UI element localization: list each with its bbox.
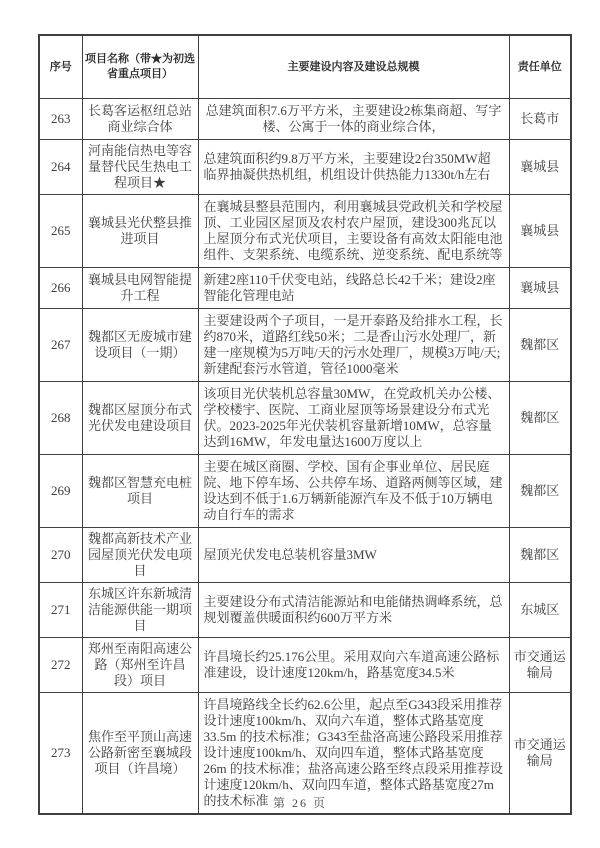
table-row: 270 魏都高新技术产业园屋顶光伏发电项目 屋顶光伏发电总装机容量3MW 魏都区 xyxy=(39,528,571,583)
table-row: 267 魏都区无废城市建设项目（一期） 主要建设两个子项目，一是开泰路及给排水工… xyxy=(39,309,571,382)
header-project-name: 项目名称（带★为初选省重点项目） xyxy=(82,35,198,99)
serial-number-cell: 263 xyxy=(39,99,82,140)
project-name-cell: 襄城县电网智能提升工程 xyxy=(82,268,198,309)
serial-number-cell: 269 xyxy=(39,455,82,528)
table-row: 264 河南能信热电等容量替代民生热电工程项目★ 总建筑面积约9.8万平方米，主… xyxy=(39,140,571,195)
project-name-cell: 郑州至南阳高速公路（郑州至许昌段）项目 xyxy=(82,638,198,693)
content-cell: 主要在城区商圈、学校、国有企事业单位、居民庭院、地下停车场、公共停车场、道路两侧… xyxy=(198,455,509,528)
content-cell: 屋顶光伏发电总装机容量3MW xyxy=(198,528,509,583)
table-row: 263 长葛客运枢纽总站商业综合体 总建筑面积7.6万平方米，主要建设2栋集商超… xyxy=(39,99,571,140)
unit-cell: 长葛市 xyxy=(509,99,571,140)
project-name-cell: 襄城县光伏整县推进项目 xyxy=(82,195,198,268)
table-row: 266 襄城县电网智能提升工程 新建2座110千伏变电站，线路总长42千米；建设… xyxy=(39,268,571,309)
unit-cell: 襄城县 xyxy=(509,195,571,268)
serial-number-cell: 266 xyxy=(39,268,82,309)
unit-cell: 市交通运输局 xyxy=(509,638,571,693)
content-cell: 主要建设两个子项目，一是开泰路及给排水工程，长约870米，道路红线50米；二是香… xyxy=(198,309,509,382)
header-serial-number: 序号 xyxy=(39,35,82,99)
document-page: 序号 项目名称（带★为初选省重点项目） 主要建设内容及建设总规模 责任单位 26… xyxy=(0,0,600,848)
table-header-row: 序号 项目名称（带★为初选省重点项目） 主要建设内容及建设总规模 责任单位 xyxy=(39,35,571,99)
content-cell: 许昌境长约25.176公里。采用双向六车道高速公路标准建设，设计速度120km/… xyxy=(198,638,509,693)
table-row: 272 郑州至南阳高速公路（郑州至许昌段）项目 许昌境长约25.176公里。采用… xyxy=(39,638,571,693)
project-name-cell: 东城区许东新城清洁能源供能一期项目 xyxy=(82,583,198,638)
unit-cell: 魏都区 xyxy=(509,455,571,528)
content-cell: 在襄城县整县范围内，利用襄城县党政机关和学校屋顶、工业园区屋顶及农村农户屋顶，建… xyxy=(198,195,509,268)
unit-cell: 魏都区 xyxy=(509,528,571,583)
content-cell: 总建筑面积约9.8万平方米，主要建设2台350MW超临界抽凝供热机组，机组设计供… xyxy=(198,140,509,195)
table-row: 271 东城区许东新城清洁能源供能一期项目 主要建设分布式清洁能源站和电能储热调… xyxy=(39,583,571,638)
unit-cell: 魏都区 xyxy=(509,309,571,382)
unit-cell: 魏都区 xyxy=(509,382,571,455)
project-list-table: 序号 项目名称（带★为初选省重点项目） 主要建设内容及建设总规模 责任单位 26… xyxy=(38,34,572,815)
header-construction-content: 主要建设内容及建设总规模 xyxy=(198,35,509,99)
table-row: 268 魏都区屋顶分布式光伏发电建设项目 该项目光伏装机总容量30MW，在党政机… xyxy=(39,382,571,455)
table-row: 265 襄城县光伏整县推进项目 在襄城县整县范围内，利用襄城县党政机关和学校屋顶… xyxy=(39,195,571,268)
project-name-cell: 魏都高新技术产业园屋顶光伏发电项目 xyxy=(82,528,198,583)
unit-cell: 东城区 xyxy=(509,583,571,638)
serial-number-cell: 272 xyxy=(39,638,82,693)
page-number: 第 26 页 xyxy=(0,794,600,811)
serial-number-cell: 267 xyxy=(39,309,82,382)
project-name-cell: 长葛客运枢纽总站商业综合体 xyxy=(82,99,198,140)
serial-number-cell: 268 xyxy=(39,382,82,455)
content-cell: 主要建设分布式清洁能源站和电能储热调峰系统，总规划覆盖供暖面积约600万平方米 xyxy=(198,583,509,638)
project-name-cell: 河南能信热电等容量替代民生热电工程项目★ xyxy=(82,140,198,195)
content-cell: 新建2座110千伏变电站，线路总长42千米；建设2座智能化管理电站 xyxy=(198,268,509,309)
project-name-cell: 魏都区无废城市建设项目（一期） xyxy=(82,309,198,382)
serial-number-cell: 264 xyxy=(39,140,82,195)
project-name-cell: 魏都区屋顶分布式光伏发电建设项目 xyxy=(82,382,198,455)
unit-cell: 襄城县 xyxy=(509,268,571,309)
header-responsible-unit: 责任单位 xyxy=(509,35,571,99)
serial-number-cell: 265 xyxy=(39,195,82,268)
content-cell: 该项目光伏装机总容量30MW，在党政机关办公楼、学校楼宇、医院、工商业屋顶等场景… xyxy=(198,382,509,455)
serial-number-cell: 270 xyxy=(39,528,82,583)
table-row: 269 魏都区智慧充电桩项目 主要在城区商圈、学校、国有企事业单位、居民庭院、地… xyxy=(39,455,571,528)
project-name-cell: 魏都区智慧充电桩项目 xyxy=(82,455,198,528)
content-cell: 总建筑面积7.6万平方米，主要建设2栋集商超、写字楼、公寓于一体的商业综合体， xyxy=(198,99,509,140)
serial-number-cell: 271 xyxy=(39,583,82,638)
unit-cell: 襄城县 xyxy=(509,140,571,195)
